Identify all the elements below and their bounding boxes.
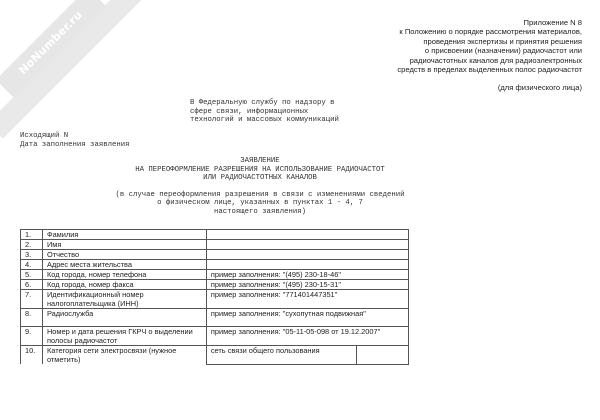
row-label: Радиослужба xyxy=(42,309,206,327)
document-title: ЗАЯВЛЕНИЕ xyxy=(20,157,500,166)
row-number: 7. xyxy=(21,290,43,309)
document-subtitle: НА ПЕРЕОФОРМЛЕНИЕ РАЗРЕШЕНИЯ НА ИСПОЛЬЗО… xyxy=(20,166,500,175)
outgoing-block: Исходящий N Дата заполнения заявления xyxy=(20,132,220,149)
table-row: 4. Адрес места жительства xyxy=(21,260,409,270)
table-row: 1. Фамилия xyxy=(21,230,409,240)
row-label: Идентификационный номер налогоплательщик… xyxy=(42,290,206,309)
appendix-note: (для физического лица) xyxy=(352,83,582,92)
table-row: 2. Имя xyxy=(21,240,409,250)
row-label: Адрес места жительства xyxy=(42,260,206,270)
row-label: Отчество xyxy=(42,250,206,260)
appendix-line: средств в пределах выделенных полос ради… xyxy=(352,65,582,74)
document-subtitle: ИЛИ РАДИОЧАСТОТНЫХ КАНАЛОВ xyxy=(20,174,500,183)
outgoing-date-label: Дата заполнения заявления xyxy=(20,141,220,150)
appendix-line: радиочастотных каналов для радиоэлектрон… xyxy=(352,56,582,65)
row-label: Категория сети электросвязи (нужное отме… xyxy=(42,346,206,365)
table-row: 9. Номер и дата решения ГКРЧ о выделении… xyxy=(21,327,409,346)
row-number: 6. xyxy=(21,280,43,290)
row-number: 2. xyxy=(21,240,43,250)
row-value-field[interactable] xyxy=(206,230,408,240)
heading-block: ЗАЯВЛЕНИЕ НА ПЕРЕОФОРМЛЕНИЕ РАЗРЕШЕНИЯ Н… xyxy=(20,157,500,217)
addressee-line: сфере связи, информационных xyxy=(190,108,370,117)
table-row: 10. Категория сети электросвязи (нужное … xyxy=(21,346,409,365)
table-row: 3. Отчество xyxy=(21,250,409,260)
application-form-table: 1. Фамилия 2. Имя 3. Отчество 4. Адрес м… xyxy=(20,229,409,365)
table-row: 6. Код города, номер факса пример заполн… xyxy=(21,280,409,290)
appendix-line: к Положению о порядке рассмотрения матер… xyxy=(352,27,582,36)
row-label: Фамилия xyxy=(42,230,206,240)
document-note: настоящего заявления) xyxy=(20,208,500,217)
row-label: Код города, номер факса xyxy=(42,280,206,290)
row-option-checkbox[interactable] xyxy=(356,346,408,365)
row-label: Номер и дата решения ГКРЧ о выделении по… xyxy=(42,327,206,346)
row-number: 3. xyxy=(21,250,43,260)
table-row: 5. Код города, номер телефона пример зап… xyxy=(21,270,409,280)
table-row: 7. Идентификационный номер налогоплатель… xyxy=(21,290,409,309)
appendix-line: проведения экспертизы и принятия решения xyxy=(352,37,582,46)
row-label: Код города, номер телефона xyxy=(42,270,206,280)
addressee-line: В Федеральную службу по надзору в xyxy=(190,99,370,108)
row-value-field[interactable]: пример заполнения: "(495) 230-18-46" xyxy=(206,270,408,280)
appendix-title: Приложение N 8 xyxy=(352,18,582,27)
row-value-field[interactable]: пример заполнения: "сухопутная подвижная… xyxy=(206,309,408,327)
table-row: 8. Радиослужба пример заполнения: "сухоп… xyxy=(21,309,409,327)
row-number: 4. xyxy=(21,260,43,270)
row-number: 8. xyxy=(21,309,43,327)
row-value-field[interactable] xyxy=(206,240,408,250)
row-number: 1. xyxy=(21,230,43,240)
row-value-field[interactable]: пример заполнения: "05-11-05-098 от 19.1… xyxy=(206,327,408,346)
addressee-line: технологий и массовых коммуникаций xyxy=(190,116,370,125)
appendix-line: о присвоении (назначении) радиочастот ил… xyxy=(352,46,582,55)
document-note: о физическом лице, указанных в пунктах 1… xyxy=(20,199,500,208)
row-value-field[interactable]: пример заполнения: "771401447351" xyxy=(206,290,408,309)
row-number: 10. xyxy=(21,346,43,365)
row-value-field[interactable]: пример заполнения: "(495) 230-15-31" xyxy=(206,280,408,290)
row-number: 9. xyxy=(21,327,43,346)
row-option-label: сеть связи общего пользования xyxy=(206,346,356,365)
row-value-field[interactable] xyxy=(206,260,408,270)
addressee-block: В Федеральную службу по надзору в сфере … xyxy=(190,99,370,125)
appendix-header: Приложение N 8 к Положению о порядке рас… xyxy=(352,18,582,93)
outgoing-number-label: Исходящий N xyxy=(20,132,220,141)
row-label: Имя xyxy=(42,240,206,250)
document-note: (в случае переоформления разрешения в св… xyxy=(20,191,500,200)
row-value-field[interactable] xyxy=(206,250,408,260)
document-page: NoNumber.ru Приложение N 8 к Положению о… xyxy=(0,0,600,420)
row-number: 5. xyxy=(21,270,43,280)
